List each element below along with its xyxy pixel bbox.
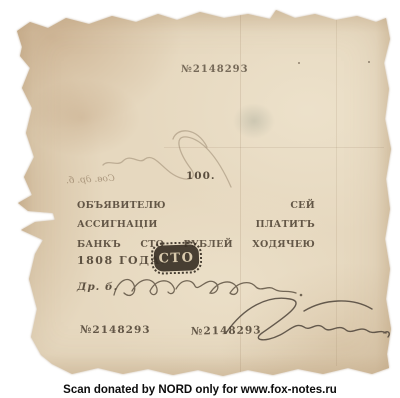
banknote-paper: №2148293 Сов. др. б. 100. ОБЪЯВИТЕЛЮ СЕЙ…: [14, 7, 391, 376]
serial-number-top: №2148293: [181, 64, 249, 75]
paper-texture: №2148293 Сов. др. б. 100. ОБЪЯВИТЕЛЮ СЕЙ…: [14, 7, 391, 376]
ink-speck-2: [368, 61, 370, 63]
show-through-signature: [92, 125, 237, 201]
denomination-numeral: 100.: [186, 170, 216, 182]
cashier-signature: [224, 289, 392, 355]
ink-speck-1: [298, 62, 300, 64]
stamp-text: СТО: [158, 250, 194, 266]
banknote-scan: №2148293 Сов. др. б. 100. ОБЪЯВИТЕЛЮ СЕЙ…: [0, 0, 400, 398]
serial-number-bottom-left: №2148293: [80, 324, 151, 336]
scan-caption: Scan donated by NORD only for www.fox-no…: [0, 384, 400, 396]
obligation-text: ОБЪЯВИТЕЛЮ СЕЙ ГОСУДАРСТВЕННОЙ АССИГНАЦІ…: [77, 196, 315, 254]
stain-smudge: [233, 103, 275, 139]
obligation-line-1: ОБЪЯВИТЕЛЮ СЕЙ ГОСУДАРСТВЕННОЙ: [77, 196, 315, 215]
obligation-line-2: АССИГНАЦІИ ПЛАТИТЪ АССИГНАЦІОННЫЙ: [77, 215, 315, 234]
